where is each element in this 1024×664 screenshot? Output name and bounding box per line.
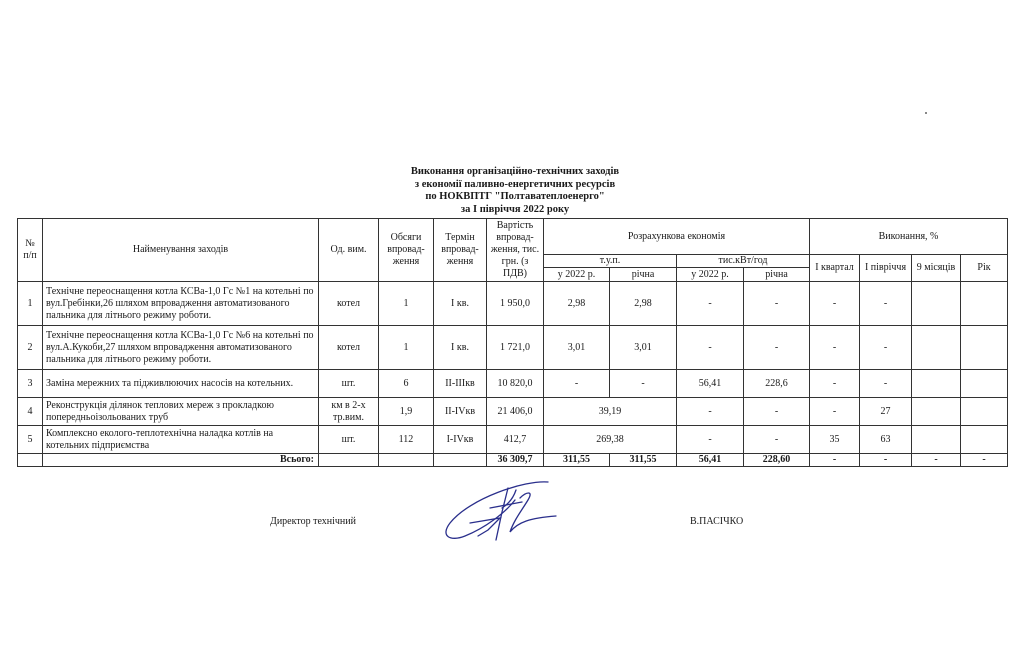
header-cost: Вартість впровад-ження, тис. грн. (з ПДВ… bbox=[487, 219, 544, 282]
cell-term bbox=[434, 454, 487, 467]
cell-year bbox=[961, 326, 1008, 370]
header-9m: 9 місяців bbox=[912, 255, 961, 282]
cell-name: Технічне переоснащення котла КСВа-1,0 Гс… bbox=[43, 282, 319, 326]
cell-term: II-IVкв bbox=[434, 398, 487, 426]
cell-volume: 112 bbox=[379, 426, 434, 454]
scan-speck bbox=[925, 112, 927, 114]
table-row: 2 Технічне переоснащення котла КСВа-1,0 … bbox=[18, 326, 1008, 370]
signatory-name: В.ПАСІЧКО bbox=[690, 516, 743, 527]
cell-kwh-annual: - bbox=[744, 426, 810, 454]
cell-name: Заміна мережних та підживлюючих насосів … bbox=[43, 370, 319, 398]
cell-h1: - bbox=[860, 326, 912, 370]
cell-9m bbox=[912, 398, 961, 426]
table-row: 5 Комплексно еколого-теплотехнічна налад… bbox=[18, 426, 1008, 454]
header-kwh-2022: у 2022 р. bbox=[677, 268, 744, 282]
cell-name: Технічне переоснащення котла КСВа-1,0 Гс… bbox=[43, 326, 319, 370]
header-h1: I півріччя bbox=[860, 255, 912, 282]
handwritten-signature-icon bbox=[430, 478, 590, 548]
total-tup-annual: 311,55 bbox=[610, 454, 677, 467]
cell-h1: - bbox=[860, 282, 912, 326]
cell-volume bbox=[379, 454, 434, 467]
total-year: - bbox=[961, 454, 1008, 467]
header-unit: Од. вим. bbox=[319, 219, 379, 282]
cell-cost: 1 721,0 bbox=[487, 326, 544, 370]
cell-unit: шт. bbox=[319, 426, 379, 454]
measures-table: № п/п Найменування заходів Од. вим. Обся… bbox=[17, 218, 1008, 467]
cell-volume: 1 bbox=[379, 326, 434, 370]
table-row: 3 Заміна мережних та підживлюючих насосі… bbox=[18, 370, 1008, 398]
cell-num: 4 bbox=[18, 398, 43, 426]
total-tup-2022: 311,55 bbox=[544, 454, 610, 467]
cell-q1: 35 bbox=[810, 426, 860, 454]
cell-name: Комплексно еколого-теплотехнічна наладка… bbox=[43, 426, 319, 454]
cell-9m bbox=[912, 282, 961, 326]
cell-tup-2022: 2,98 bbox=[544, 282, 610, 326]
cell-name: Реконструкція ділянок теплових мереж з п… bbox=[43, 398, 319, 426]
document-title: Виконання організаційно-технічних заході… bbox=[300, 166, 730, 216]
cell-kwh-2022: 56,41 bbox=[677, 370, 744, 398]
title-line-1: Виконання організаційно-технічних заході… bbox=[300, 166, 730, 179]
cell-term: I кв. bbox=[434, 282, 487, 326]
cell-tup-merged: 39,19 bbox=[544, 398, 677, 426]
cell-cost: 412,7 bbox=[487, 426, 544, 454]
cell-kwh-2022: - bbox=[677, 282, 744, 326]
cell-unit bbox=[319, 454, 379, 467]
cell-q1: - bbox=[810, 370, 860, 398]
table-row: 1 Технічне переоснащення котла КСВа-1,0 … bbox=[18, 282, 1008, 326]
cell-kwh-annual: - bbox=[744, 282, 810, 326]
total-row: Всього: 36 309,7 311,55 311,55 56,41 228… bbox=[18, 454, 1008, 467]
cell-tup-2022: - bbox=[544, 370, 610, 398]
cell-num: 5 bbox=[18, 426, 43, 454]
cell-q1: - bbox=[810, 398, 860, 426]
cell-cost: 10 820,0 bbox=[487, 370, 544, 398]
cell-unit: котел bbox=[319, 326, 379, 370]
cell-num: 1 bbox=[18, 282, 43, 326]
title-line-3: по НОКВПТГ "Полтаватеплоенерго" bbox=[300, 191, 730, 204]
cell-h1: - bbox=[860, 370, 912, 398]
cell-unit: котел bbox=[319, 282, 379, 326]
cell-cost: 21 406,0 bbox=[487, 398, 544, 426]
header-row: № п/п Найменування заходів Од. вим. Обся… bbox=[18, 219, 1008, 255]
title-line-2: з економії паливно-енергетичних ресурсів bbox=[300, 179, 730, 192]
header-num: № п/п bbox=[18, 219, 43, 282]
cell-cost: 1 950,0 bbox=[487, 282, 544, 326]
table-row: 4 Реконструкція ділянок теплових мереж з… bbox=[18, 398, 1008, 426]
cell-h1: 63 bbox=[860, 426, 912, 454]
cell-9m bbox=[912, 426, 961, 454]
header-tup: т.у.п. bbox=[544, 255, 677, 268]
cell-num bbox=[18, 454, 43, 467]
cell-year bbox=[961, 398, 1008, 426]
total-cost: 36 309,7 bbox=[487, 454, 544, 467]
header-tup-annual: річна bbox=[610, 268, 677, 282]
cell-kwh-annual: - bbox=[744, 398, 810, 426]
cell-tup-annual: 2,98 bbox=[610, 282, 677, 326]
cell-q1: - bbox=[810, 282, 860, 326]
cell-kwh-annual: 228,6 bbox=[744, 370, 810, 398]
cell-volume: 6 bbox=[379, 370, 434, 398]
cell-unit: км в 2-х тр.вим. bbox=[319, 398, 379, 426]
total-h1: - bbox=[860, 454, 912, 467]
cell-term: II-IIIкв bbox=[434, 370, 487, 398]
cell-term: I-IVкв bbox=[434, 426, 487, 454]
header-q1: I квартал bbox=[810, 255, 860, 282]
cell-volume: 1 bbox=[379, 282, 434, 326]
total-kwh-annual: 228,60 bbox=[744, 454, 810, 467]
header-volume: Обсяги впровад-ження bbox=[379, 219, 434, 282]
cell-kwh-2022: - bbox=[677, 398, 744, 426]
cell-term: I кв. bbox=[434, 326, 487, 370]
cell-year bbox=[961, 426, 1008, 454]
cell-year bbox=[961, 370, 1008, 398]
total-label: Всього: bbox=[43, 454, 319, 467]
cell-tup-annual: - bbox=[610, 370, 677, 398]
cell-kwh-annual: - bbox=[744, 326, 810, 370]
cell-num: 2 bbox=[18, 326, 43, 370]
header-execution: Виконання, % bbox=[810, 219, 1008, 255]
total-q1: - bbox=[810, 454, 860, 467]
title-line-4: за I півріччя 2022 року bbox=[300, 204, 730, 217]
total-9m: - bbox=[912, 454, 961, 467]
cell-kwh-2022: - bbox=[677, 326, 744, 370]
header-name: Найменування заходів bbox=[43, 219, 319, 282]
cell-9m bbox=[912, 370, 961, 398]
header-economy: Розрахункова економія bbox=[544, 219, 810, 255]
cell-kwh-2022: - bbox=[677, 426, 744, 454]
signatory-position: Директор технічний bbox=[270, 516, 356, 527]
cell-num: 3 bbox=[18, 370, 43, 398]
header-kwh-annual: річна bbox=[744, 268, 810, 282]
cell-year bbox=[961, 282, 1008, 326]
total-kwh-2022: 56,41 bbox=[677, 454, 744, 467]
header-kwh: тис.кВт/год bbox=[677, 255, 810, 268]
cell-volume: 1,9 bbox=[379, 398, 434, 426]
cell-9m bbox=[912, 326, 961, 370]
cell-unit: шт. bbox=[319, 370, 379, 398]
cell-q1: - bbox=[810, 326, 860, 370]
cell-tup-merged: 269,38 bbox=[544, 426, 677, 454]
header-year: Рік bbox=[961, 255, 1008, 282]
cell-h1: 27 bbox=[860, 398, 912, 426]
cell-tup-2022: 3,01 bbox=[544, 326, 610, 370]
header-term: Термін впровад-ження bbox=[434, 219, 487, 282]
cell-tup-annual: 3,01 bbox=[610, 326, 677, 370]
header-tup-2022: у 2022 р. bbox=[544, 268, 610, 282]
